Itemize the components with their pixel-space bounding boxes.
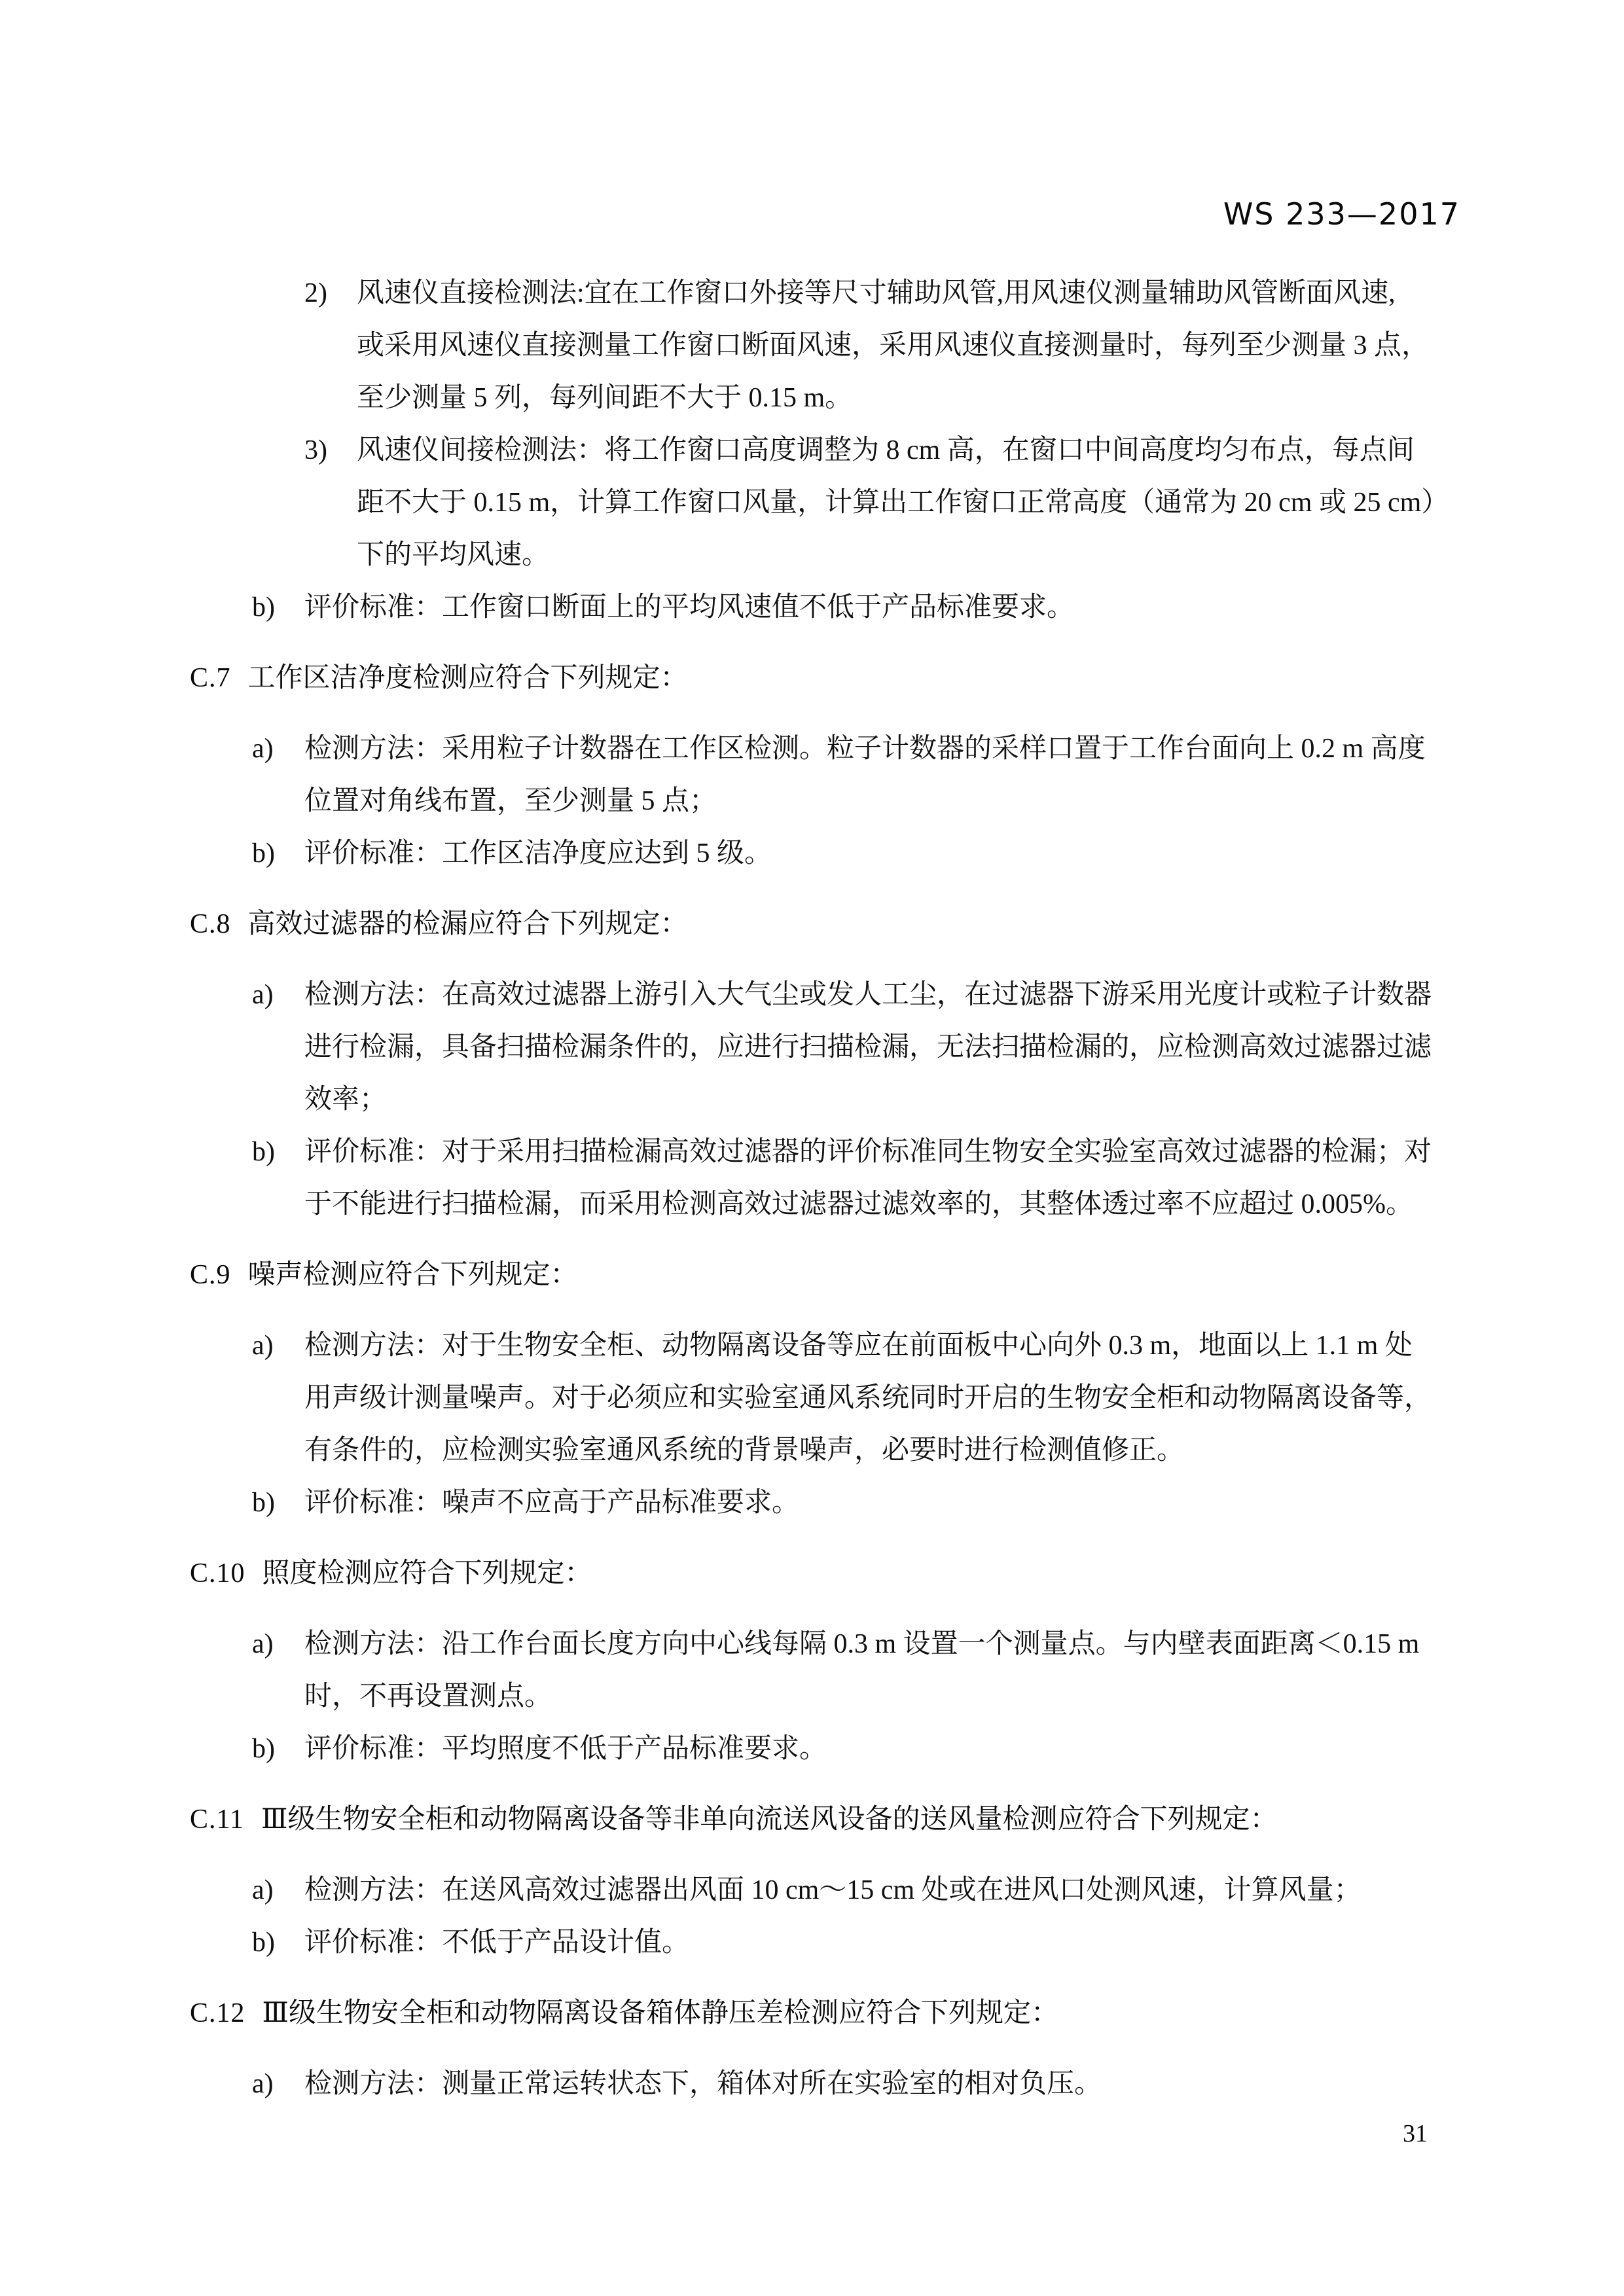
- section-number: C.11: [190, 1804, 244, 1835]
- item-text: 评价标准：工作窗口断面上的平均风速值不低于产品标准要求。: [304, 581, 1493, 634]
- section-heading: C.11Ⅲ级生物安全柜和动物隔离设备等非单向流送风设备的送风量检测应符合下列规定…: [190, 1793, 1493, 1846]
- section-heading: C.7工作区洁净度检测应符合下列规定：: [190, 652, 1493, 704]
- text-line: 有条件的，应检测实验室通风系统的背景噪声，必要时进行检测值修正。: [304, 1424, 1493, 1477]
- item-marker: 2): [304, 267, 357, 319]
- item-marker: b): [252, 581, 304, 634]
- item-marker: b): [252, 1723, 304, 1775]
- text-line: 用声级计测量噪声。对于必须应和实验室通风系统同时开启的生物安全柜和动物隔离设备等…: [304, 1372, 1493, 1424]
- text-line: 检测方法：对于生物安全柜、动物隔离设备等应在前面板中心向外 0.3 m，地面以上…: [304, 1319, 1493, 1372]
- list-item: a)检测方法：对于生物安全柜、动物隔离设备等应在前面板中心向外 0.3 m，地面…: [190, 1319, 1493, 1477]
- list-item: a)检测方法：沿工作台面长度方向中心线每隔 0.3 m 设置一个测量点。与内壁表…: [190, 1618, 1493, 1723]
- standard-number-header: WS 233—2017: [1223, 196, 1460, 232]
- item-text: 评价标准：对于采用扫描检漏高效过滤器的评价标准同生物安全实验室高效过滤器的检漏；…: [304, 1126, 1493, 1230]
- item-marker: b): [252, 1126, 304, 1178]
- text-line: 评价标准：对于采用扫描检漏高效过滤器的评价标准同生物安全实验室高效过滤器的检漏；…: [304, 1126, 1493, 1178]
- section-title: Ⅲ级生物安全柜和动物隔离设备箱体静压差检测应符合下列规定：: [262, 1998, 1059, 2028]
- text-line: 评价标准：平均照度不低于产品标准要求。: [304, 1723, 1493, 1775]
- item-text: 检测方法：在送风高效过滤器出风面 10 cm～15 cm 处或在进风口处测风速，…: [304, 1864, 1493, 1916]
- page-number: 31: [1403, 2119, 1428, 2148]
- section-heading: C.8高效过滤器的检漏应符合下列规定：: [190, 898, 1493, 950]
- item-text: 评价标准：平均照度不低于产品标准要求。: [304, 1723, 1493, 1775]
- item-marker: a): [252, 2058, 304, 2110]
- item-marker: b): [252, 1477, 304, 1529]
- document-page: WS 233—2017 2)风速仪直接检测法:宜在工作窗口外接等尺寸辅助风管,用…: [0, 0, 1624, 2296]
- section-number: C.10: [190, 1558, 245, 1588]
- list-item: b)评价标准：不低于产品设计值。: [190, 1916, 1493, 1969]
- list-item: b)评价标准：噪声不应高于产品标准要求。: [190, 1477, 1493, 1529]
- text-line: 评价标准：噪声不应高于产品标准要求。: [304, 1477, 1493, 1529]
- item-text: 检测方法：沿工作台面长度方向中心线每隔 0.3 m 设置一个测量点。与内壁表面距…: [304, 1618, 1493, 1723]
- item-text: 检测方法：测量正常运转状态下，箱体对所在实验室的相对负压。: [304, 2058, 1493, 2110]
- list-item: b)评价标准：对于采用扫描检漏高效过滤器的评价标准同生物安全实验室高效过滤器的检…: [190, 1126, 1493, 1230]
- text-line: 距不大于 0.15 m，计算工作窗口风量，计算出工作窗口正常高度（通常为 20 …: [357, 476, 1493, 529]
- text-line: 时，不再设置测点。: [304, 1670, 1493, 1723]
- section-title: 噪声检测应符合下列规定：: [248, 1260, 578, 1290]
- text-line: 效率；: [304, 1073, 1493, 1126]
- item-marker: a): [252, 1319, 304, 1372]
- section-number: C.9: [190, 1260, 231, 1290]
- item-marker: b): [252, 1916, 304, 1969]
- text-line: 进行检漏，具备扫描检漏条件的，应进行扫描检漏，无法扫描检漏的，应检测高效过滤器过…: [304, 1021, 1493, 1073]
- list-item: a)检测方法：采用粒子计数器在工作区检测。粒子计数器的采样口置于工作台面向上 0…: [190, 723, 1493, 827]
- text-line: 评价标准：工作窗口断面上的平均风速值不低于产品标准要求。: [304, 581, 1493, 634]
- item-text: 风速仪间接检测法：将工作窗口高度调整为 8 cm 高，在窗口中间高度均匀布点，每…: [357, 424, 1493, 581]
- item-marker: b): [252, 827, 304, 880]
- item-text: 评价标准：工作区洁净度应达到 5 级。: [304, 827, 1493, 880]
- text-line: 评价标准：工作区洁净度应达到 5 级。: [304, 827, 1493, 880]
- text-line: 或采用风速仪直接测量工作窗口断面风速，采用风速仪直接测量时，每列至少测量 3 点…: [357, 319, 1493, 372]
- text-line: 风速仪直接检测法:宜在工作窗口外接等尺寸辅助风管,用风速仪测量辅助风管断面风速,: [357, 267, 1493, 319]
- list-item: b)评价标准：平均照度不低于产品标准要求。: [190, 1723, 1493, 1775]
- text-line: 检测方法：测量正常运转状态下，箱体对所在实验室的相对负压。: [304, 2058, 1493, 2110]
- item-text: 检测方法：对于生物安全柜、动物隔离设备等应在前面板中心向外 0.3 m，地面以上…: [304, 1319, 1493, 1477]
- section-number: C.12: [190, 1998, 245, 2028]
- item-text: 检测方法：采用粒子计数器在工作区检测。粒子计数器的采样口置于工作台面向上 0.2…: [304, 723, 1493, 827]
- section-heading: C.10照度检测应符合下列规定：: [190, 1547, 1493, 1600]
- list-item: a)检测方法：在送风高效过滤器出风面 10 cm～15 cm 处或在进风口处测风…: [190, 1864, 1493, 1916]
- section-number: C.8: [190, 909, 231, 939]
- text-line: 检测方法：在高效过滤器上游引入大气尘或发人工尘，在过滤器下游采用光度计或粒子计数…: [304, 969, 1493, 1021]
- list-item: b)评价标准：工作窗口断面上的平均风速值不低于产品标准要求。: [190, 581, 1493, 634]
- list-item: b)评价标准：工作区洁净度应达到 5 级。: [190, 827, 1493, 880]
- item-text: 评价标准：不低于产品设计值。: [304, 1916, 1493, 1969]
- list-item: a)检测方法：测量正常运转状态下，箱体对所在实验室的相对负压。: [190, 2058, 1493, 2110]
- section-heading: C.9噪声检测应符合下列规定：: [190, 1249, 1493, 1301]
- item-marker: a): [252, 1864, 304, 1916]
- text-line: 至少测量 5 列，每列间距不大于 0.15 m。: [357, 372, 1493, 424]
- section-title: 高效过滤器的检漏应符合下列规定：: [248, 909, 688, 939]
- item-marker: a): [252, 969, 304, 1021]
- item-text: 风速仪直接检测法:宜在工作窗口外接等尺寸辅助风管,用风速仪测量辅助风管断面风速,…: [357, 267, 1493, 424]
- item-text: 检测方法：在高效过滤器上游引入大气尘或发人工尘，在过滤器下游采用光度计或粒子计数…: [304, 969, 1493, 1126]
- item-marker: 3): [304, 424, 357, 476]
- item-marker: a): [252, 1618, 304, 1670]
- list-item: a)检测方法：在高效过滤器上游引入大气尘或发人工尘，在过滤器下游采用光度计或粒子…: [190, 969, 1493, 1126]
- item-text: 评价标准：噪声不应高于产品标准要求。: [304, 1477, 1493, 1529]
- section-title: 工作区洁净度检测应符合下列规定：: [248, 663, 688, 693]
- text-line: 检测方法：在送风高效过滤器出风面 10 cm～15 cm 处或在进风口处测风速，…: [304, 1864, 1493, 1916]
- section-title: 照度检测应符合下列规定：: [262, 1558, 592, 1588]
- content: 2)风速仪直接检测法:宜在工作窗口外接等尺寸辅助风管,用风速仪测量辅助风管断面风…: [190, 267, 1493, 2110]
- text-line: 检测方法：沿工作台面长度方向中心线每隔 0.3 m 设置一个测量点。与内壁表面距…: [304, 1618, 1493, 1670]
- text-line: 下的平均风速。: [357, 529, 1493, 581]
- text-line: 检测方法：采用粒子计数器在工作区检测。粒子计数器的采样口置于工作台面向上 0.2…: [304, 723, 1493, 775]
- section-number: C.7: [190, 663, 231, 693]
- text-line: 评价标准：不低于产品设计值。: [304, 1916, 1493, 1969]
- text-line: 位置对角线布置，至少测量 5 点；: [304, 775, 1493, 827]
- list-item: 3)风速仪间接检测法：将工作窗口高度调整为 8 cm 高，在窗口中间高度均匀布点…: [190, 424, 1493, 581]
- text-line: 风速仪间接检测法：将工作窗口高度调整为 8 cm 高，在窗口中间高度均匀布点，每…: [357, 424, 1493, 476]
- item-marker: a): [252, 723, 304, 775]
- text-line: 于不能进行扫描检漏，而采用检测高效过滤器过滤效率的，其整体透过率不应超过 0.0…: [304, 1178, 1493, 1230]
- section-title: Ⅲ级生物安全柜和动物隔离设备等非单向流送风设备的送风量检测应符合下列规定：: [261, 1804, 1278, 1835]
- list-item: 2)风速仪直接检测法:宜在工作窗口外接等尺寸辅助风管,用风速仪测量辅助风管断面风…: [190, 267, 1493, 424]
- section-heading: C.12Ⅲ级生物安全柜和动物隔离设备箱体静压差检测应符合下列规定：: [190, 1987, 1493, 2039]
